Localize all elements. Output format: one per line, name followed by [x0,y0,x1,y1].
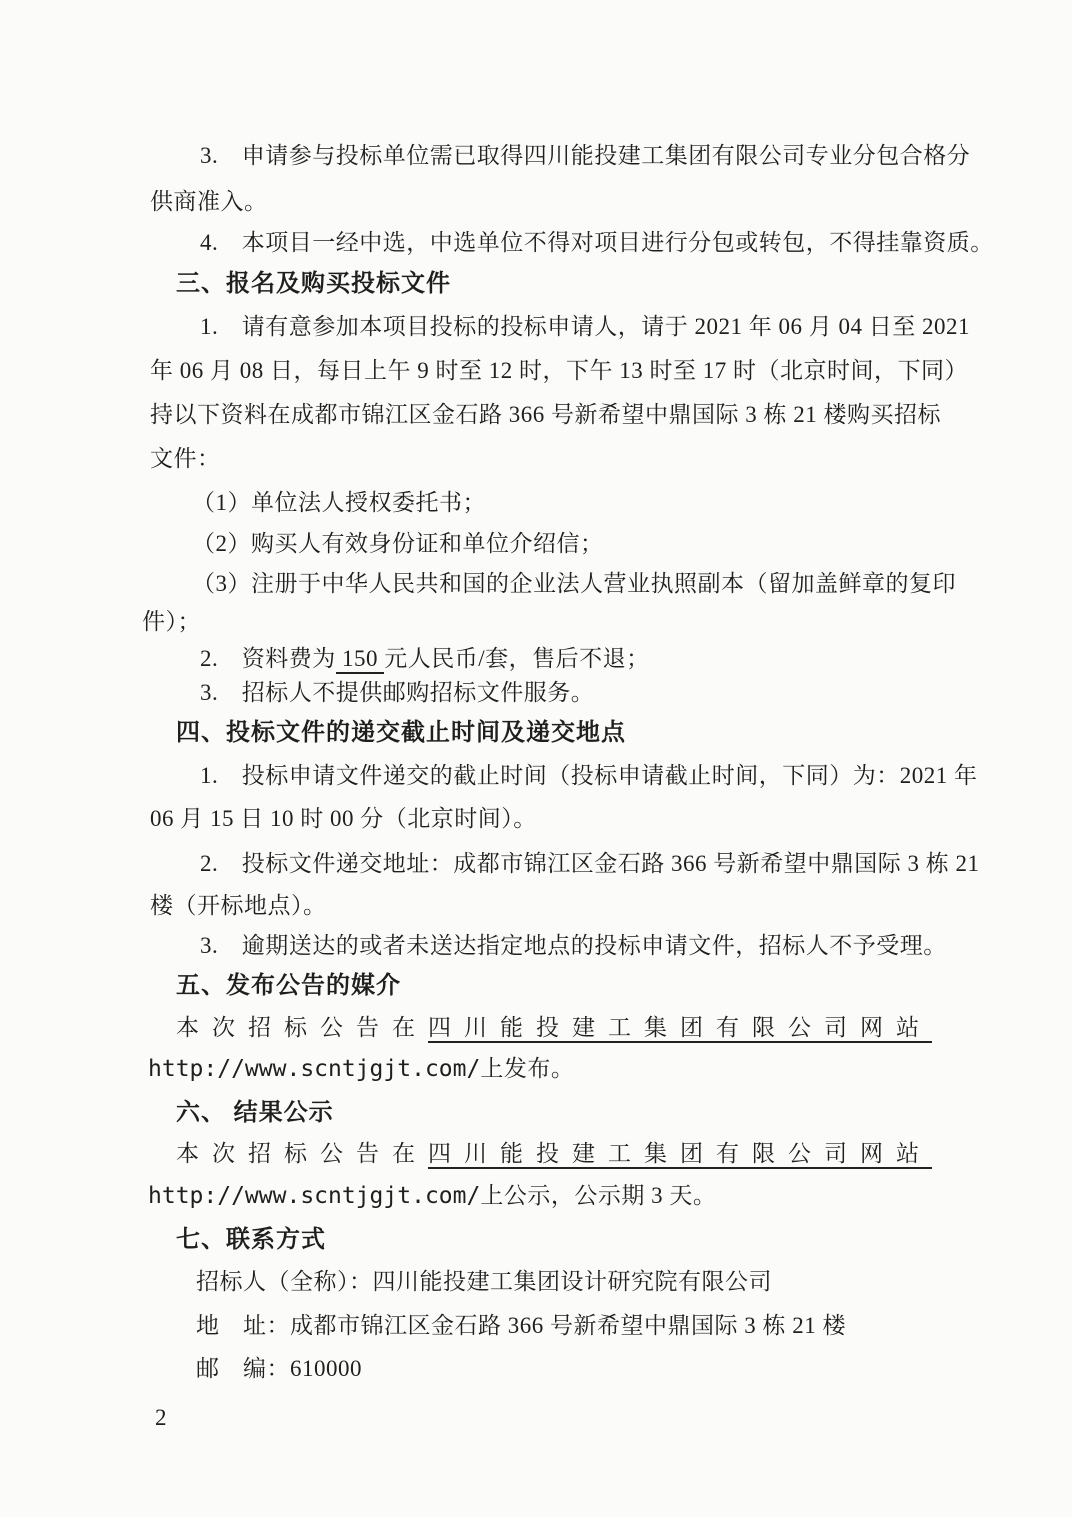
s5-url: http://www.scntjgjt.com/ [148,1056,480,1082]
s3-subitem3-line1: （3）注册于中华人民共和国的企业法人营业执照副本（留加盖鲜章的复印 [192,568,956,600]
section6-heading: 六、 结果公示 [176,1097,334,1129]
para-item3-line1: 3. 申请参与投标单位需已取得四川能投建工集团有限公司专业分包合格分 [200,140,970,172]
para-item4: 4. 本项目一经中选，中选单位不得对项目进行分包或转包，不得挂靠资质。 [200,227,994,259]
s6-url-line: http://www.scntjgjt.com/上公示，公示期 3 天。 [148,1180,716,1212]
s3-subitem2: （2）购买人有效身份证和单位介绍信； [192,528,604,560]
s4-para1-line1: 1. 投标申请文件递交的截止时间（投标申请截止时间，下同）为：2021 年 [200,760,978,792]
s3-para1-line2: 年 06 月 08 日，每日上午 9 时至 12 时，下午 13 时至 17 时… [150,355,968,387]
s4-para2-line2: 楼（开标地点）。 [150,890,327,922]
s4-para1-line2: 06 月 15 日 10 时 00 分（北京时间）。 [150,803,537,835]
s5-url-suffix: 上发布。 [480,1056,574,1081]
section7-heading: 七、联系方式 [176,1224,326,1256]
section3-heading: 三、报名及购买投标文件 [176,268,451,300]
s6-announce-prefix: 本次招标公告在 [176,1141,428,1166]
fee-line-prefix: 2. 资料费为 [200,646,336,671]
contact-postcode: 邮 编：610000 [196,1353,362,1385]
s5-website-name-underlined: 四川能投建工集团有限公司网站 [428,1015,932,1043]
s3-para1-line4: 文件： [150,443,221,475]
contact-address: 地 址：成都市锦江区金石路 366 号新希望中鼎国际 3 栋 21 楼 [196,1310,846,1342]
s3-para1-line3: 持以下资料在成都市锦江区金石路 366 号新希望中鼎国际 3 栋 21 楼购买招… [150,399,941,431]
contact-tenderer-name: 招标人（全称）：四川能投建工集团设计研究院有限公司 [196,1266,772,1298]
s3-para1-line1: 1. 请有意参加本项目投标的投标申请人，请于 2021 年 06 月 04 日至… [200,311,970,343]
document-page: 3. 申请参与投标单位需已取得四川能投建工集团有限公司专业分包合格分 供商准入。… [0,0,1072,1517]
s6-url: http://www.scntjgjt.com/ [148,1183,480,1209]
s3-subitem1: （1）单位法人授权委托书； [192,487,486,519]
para-item3-line2: 供商准入。 [150,186,268,218]
section4-heading: 四、投标文件的递交截止时间及递交地点 [176,717,626,749]
s3-para3: 3. 招标人不提供邮购招标文件服务。 [200,677,594,709]
s4-para2-line1: 2. 投标文件递交地址：成都市锦江区金石路 366 号新希望中鼎国际 3 栋 2… [200,848,980,880]
s3-subitem3-line2: 件）； [142,606,201,638]
page-number: 2 [155,1405,167,1431]
s5-announce-prefix: 本次招标公告在 [176,1015,428,1040]
fee-line-suffix: 元人民币/套，售后不退； [384,646,649,671]
s5-url-line: http://www.scntjgjt.com/上发布。 [148,1053,574,1085]
fee-amount-underlined: 150 [336,646,385,674]
s5-announce-line: 本次招标公告在四川能投建工集团有限公司网站 [176,1012,932,1044]
section5-heading: 五、发布公告的媒介 [176,970,401,1002]
s4-para3: 3. 逾期送达的或者未送达指定地点的投标申请文件，招标人不予受理。 [200,930,947,962]
s3-para2-fee-line: 2. 资料费为 150 元人民币/套，售后不退； [200,643,650,675]
s6-announce-line: 本次招标公告在四川能投建工集团有限公司网站 [176,1138,932,1170]
s6-url-suffix: 上公示，公示期 3 天。 [480,1183,716,1208]
s6-website-name-underlined: 四川能投建工集团有限公司网站 [428,1141,932,1169]
